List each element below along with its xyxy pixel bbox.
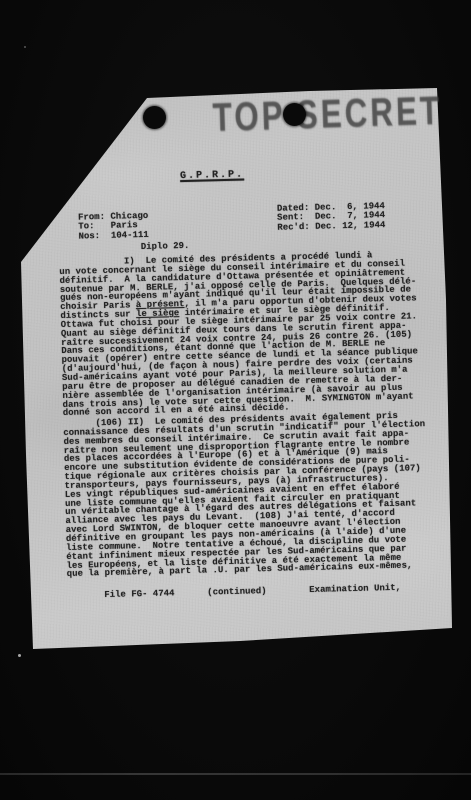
examination-unit-label: Examination Unit, <box>309 583 401 595</box>
dates-block: Dated: Dec. 6, 1944Sent: Dec. 7, 1944Rec… <box>277 202 386 233</box>
dust-speck <box>24 46 26 48</box>
dust-speck <box>18 654 21 657</box>
series-heading: G.P.R.P. <box>180 170 244 183</box>
photograph-background: G.P.R.P. From: ChicagoTo: ParisNos: 104-… <box>0 0 471 800</box>
file-number: File FG- 4744 <box>104 588 174 600</box>
text-line: Rec'd: Dec. 12, 1944 <box>277 221 385 233</box>
punch-hole-icon <box>143 106 166 129</box>
paragraph-2: (106) II) Le comité des présidents avait… <box>63 411 429 579</box>
routing-block: From: ChicagoTo: ParisNos: 104-111 <box>78 212 149 242</box>
continued-note: (continued) <box>207 586 267 597</box>
punch-hole-icon <box>283 103 306 126</box>
paragraph-1: I) Le comité des présidents a procédé lu… <box>59 250 419 418</box>
top-secret-stamp: TOP SECRET <box>212 89 443 141</box>
scan-artifact-line <box>0 773 471 775</box>
telegram-reference: Diplo 29. <box>141 241 190 252</box>
text-line: Nos: 104-111 <box>78 231 148 242</box>
